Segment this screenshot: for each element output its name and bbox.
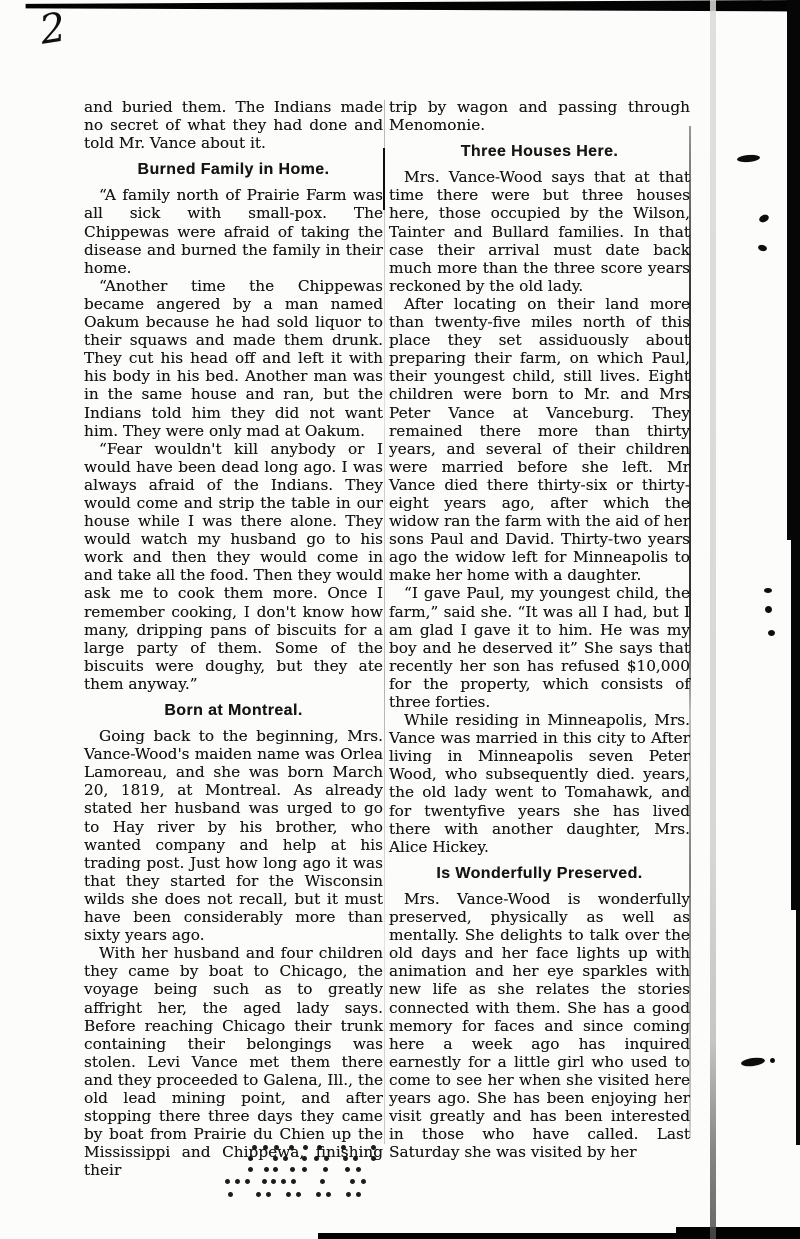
paragraph: “Fear wouldn't kill anybody or I would h…: [84, 440, 383, 693]
paragraph: “I gave Paul, my youngest child, the far…: [389, 584, 690, 711]
scan-edge-top-bar: [0, 0, 800, 13]
column-divider-rule: [384, 100, 385, 1144]
paragraph: While residing in Minneapolis, Mrs. Vanc…: [389, 711, 690, 856]
ink-smudge: [765, 606, 772, 613]
scan-edge-right-bar: [796, 910, 800, 1145]
section-heading-burned-family: Burned Family in Home.: [84, 161, 383, 179]
paragraph: and buried them. The Indians made no sec…: [84, 98, 383, 152]
newspaper-scan-page: 2 and buried them. The Indians made no s…: [0, 0, 800, 1239]
ink-smudge: [737, 154, 761, 163]
ink-smudge: [770, 1058, 775, 1063]
scan-edge-right-bar: [791, 540, 800, 910]
scan-edge-right-bar: [787, 0, 800, 540]
ink-smudge: [768, 630, 775, 636]
ink-smudge: [764, 588, 772, 593]
section-heading-wonderfully-preserved: Is Wonderfully Preserved.: [389, 865, 690, 883]
paper-crease-line: [710, 0, 716, 1239]
paragraph: trip by wagon and passing through Menomo…: [389, 98, 690, 134]
ink-smudge: [741, 1056, 766, 1067]
paragraph: With her husband and four children they …: [84, 944, 383, 1179]
article-column-left: and buried them. The Indians made no sec…: [84, 98, 383, 1179]
perforation-dot-stamp: [0, 0, 5, 5]
section-heading-born-at-montreal: Born at Montreal.: [84, 702, 383, 720]
ink-smudge: [758, 213, 770, 224]
ink-smudge: [757, 244, 767, 252]
section-heading-three-houses: Three Houses Here.: [389, 143, 690, 161]
paragraph: Mrs. Vance-Wood says that at that time t…: [389, 168, 690, 295]
scan-edge-bottom-bar: [676, 1227, 800, 1239]
paragraph: Going back to the beginning, Mrs. Vance-…: [84, 727, 383, 944]
handwritten-page-number: 2: [37, 4, 69, 53]
paragraph: “A family north of Prairie Farm was all …: [84, 186, 383, 276]
column-divider-rule-dark-segment: [383, 148, 385, 210]
paragraph: After locating on their land more than t…: [389, 295, 690, 585]
article-column-right: trip by wagon and passing through Menomo…: [389, 98, 690, 1161]
paragraph: “Another time the Chippewas became anger…: [84, 277, 383, 440]
paragraph: Mrs. Vance-Wood is wonderfully preserved…: [389, 890, 690, 1161]
